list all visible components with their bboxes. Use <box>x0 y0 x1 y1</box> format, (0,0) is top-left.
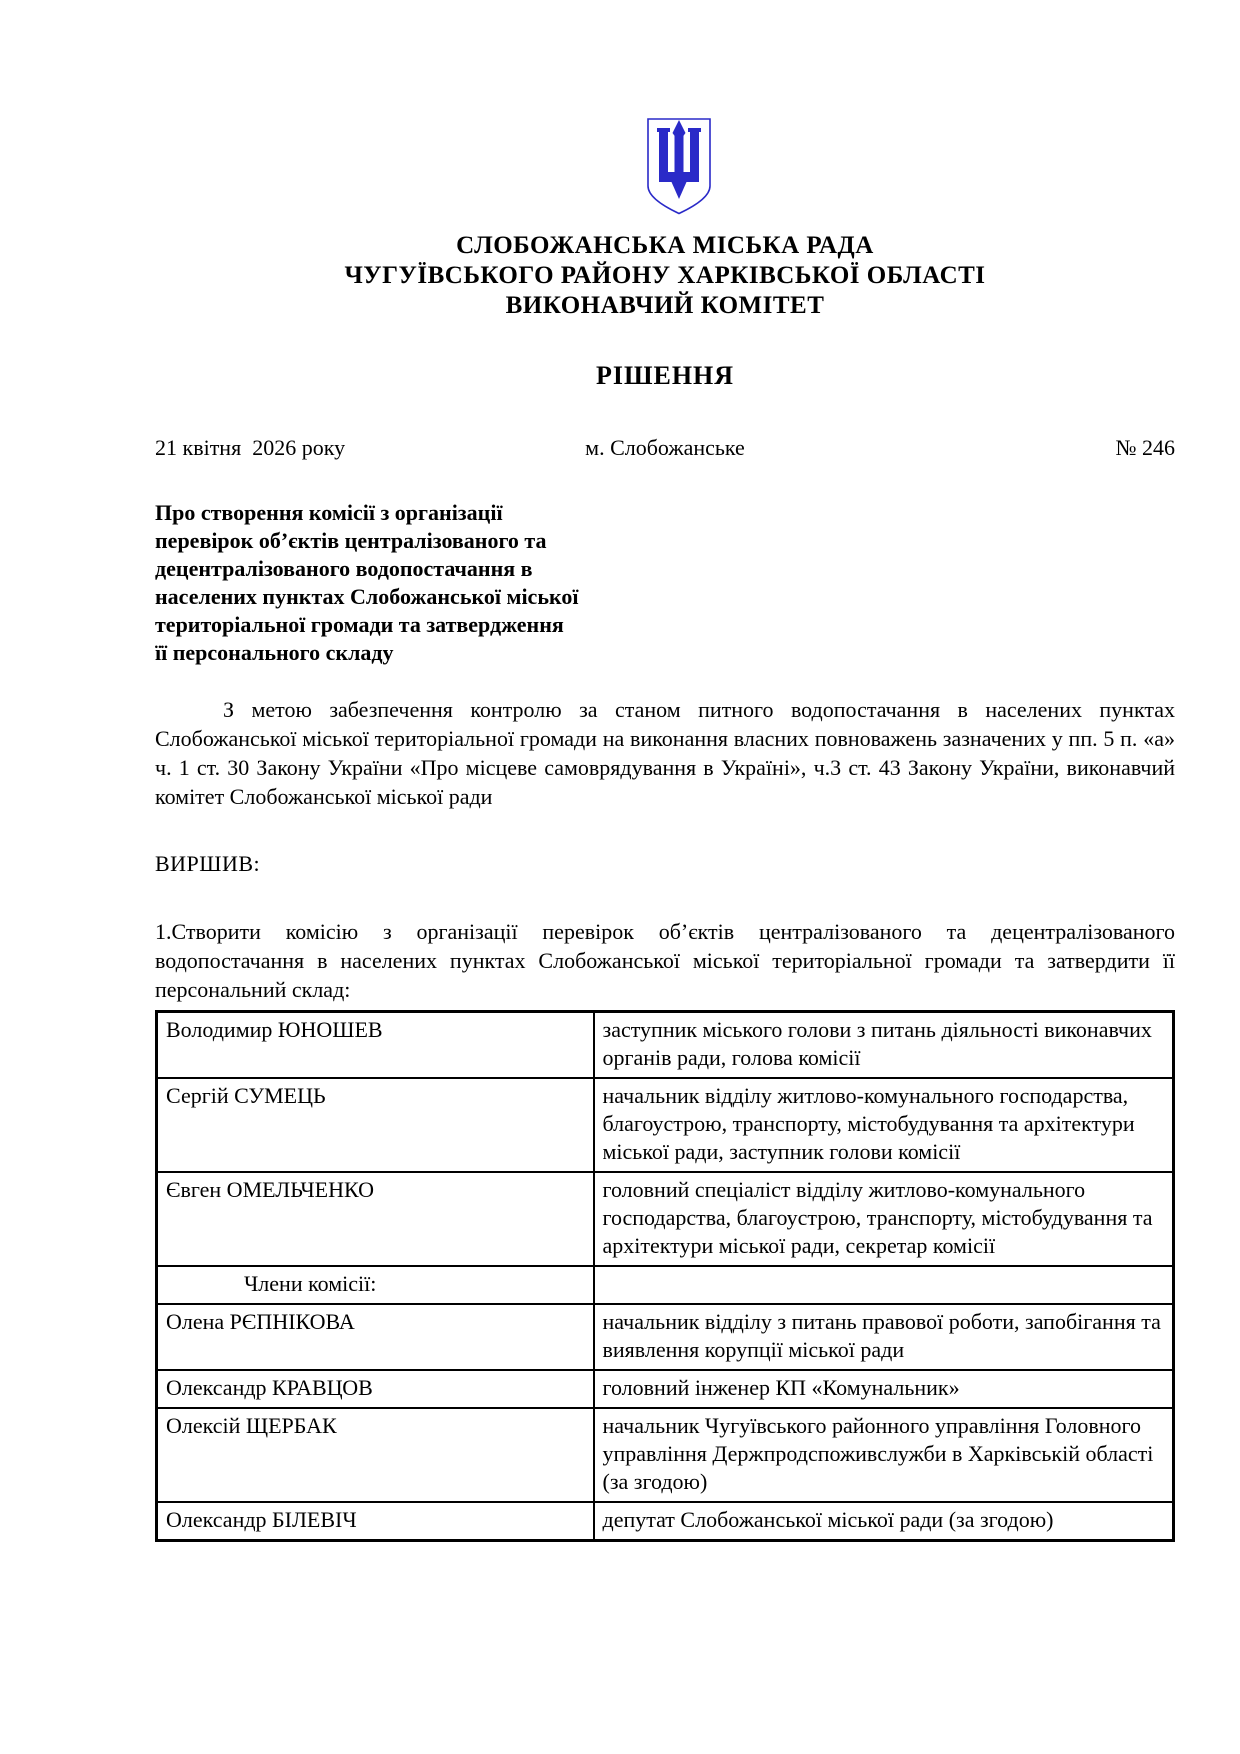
document-place: м. Слобожанське <box>495 435 835 461</box>
commission-table: Володимир ЮНОШЕВ заступник міського голо… <box>155 1010 1175 1542</box>
item-1-paragraph: 1.Створити комісію з організації перевір… <box>155 917 1175 1004</box>
table-row: Володимир ЮНОШЕВ заступник міського голо… <box>157 1012 1174 1079</box>
member-role-cell: начальник відділу житлово-комунального г… <box>594 1078 1174 1172</box>
member-role-cell: депутат Слобожанської міської ради (за з… <box>594 1502 1174 1541</box>
member-name-cell: Олексій ЩЕРБАК <box>157 1408 594 1502</box>
org-name-line-3: ВИКОНАВЧИЙ КОМІТЕТ <box>155 291 1175 321</box>
meta-row: 21 квітня 2026 року м. Слобожанське № 24… <box>155 435 1175 461</box>
table-row: Сергій СУМЕЦЬ начальник відділу житлово-… <box>157 1078 1174 1172</box>
preamble-paragraph: З метою забезпечення контролю за станом … <box>155 695 1175 811</box>
table-row: Олександр КРАВЦОВ головний інженер КП «К… <box>157 1370 1174 1408</box>
subject-line: територіальної громади та затвердження <box>155 611 1175 639</box>
state-emblem <box>155 0 1175 221</box>
section-label-cell: Члени комісії: <box>157 1266 594 1304</box>
member-name-cell: Олена РЄПНІКОВА <box>157 1304 594 1370</box>
org-header: СЛОБОЖАНСЬКА МІСЬКА РАДА ЧУГУЇВСЬКОГО РА… <box>155 231 1175 321</box>
member-role-cell: начальник відділу з питань правової робо… <box>594 1304 1174 1370</box>
table-row: Олексій ЩЕРБАК начальник Чугуївського ра… <box>157 1408 1174 1502</box>
table-section-row: Члени комісії: <box>157 1266 1174 1304</box>
table-row: Євген ОМЕЛЬЧЕНКО головний спеціаліст від… <box>157 1172 1174 1266</box>
subject-block: Про створення комісії з організації пере… <box>155 499 1175 667</box>
member-role-cell: головний інженер КП «Комунальник» <box>594 1370 1174 1408</box>
table-row: Олена РЄПНІКОВА начальник відділу з пита… <box>157 1304 1174 1370</box>
member-role-cell: начальник Чугуївського районного управлі… <box>594 1408 1174 1502</box>
org-name-line-1: СЛОБОЖАНСЬКА МІСЬКА РАДА <box>155 231 1175 261</box>
document-type-title: РІШЕННЯ <box>155 361 1175 391</box>
table-row: Олександр БІЛЕВІЧ депутат Слобожанської … <box>157 1502 1174 1541</box>
subject-line: населених пунктах Слобожанської міської <box>155 583 1175 611</box>
member-role-cell: заступник міського голови з питань діяль… <box>594 1012 1174 1079</box>
subject-line: Про створення комісії з організації <box>155 499 1175 527</box>
subject-line: її персонального складу <box>155 639 1175 667</box>
subject-line: децентралізованого водопостачання в <box>155 555 1175 583</box>
empty-cell <box>594 1266 1174 1304</box>
org-name-line-2: ЧУГУЇВСЬКОГО РАЙОНУ ХАРКІВСЬКОЇ ОБЛАСТІ <box>155 261 1175 291</box>
member-role-cell: головний спеціаліст відділу житлово-кому… <box>594 1172 1174 1266</box>
resolved-label: ВИРШИВ: <box>155 851 1175 877</box>
document-number: № 246 <box>835 435 1175 461</box>
document-date: 21 квітня 2026 року <box>155 435 495 461</box>
document-page: СЛОБОЖАНСЬКА МІСЬКА РАДА ЧУГУЇВСЬКОГО РА… <box>0 0 1240 1754</box>
member-name-cell: Сергій СУМЕЦЬ <box>157 1078 594 1172</box>
member-name-cell: Володимир ЮНОШЕВ <box>157 1012 594 1079</box>
tryzub-trident-icon <box>644 116 714 216</box>
member-name-cell: Олександр КРАВЦОВ <box>157 1370 594 1408</box>
member-name-cell: Євген ОМЕЛЬЧЕНКО <box>157 1172 594 1266</box>
member-name-cell: Олександр БІЛЕВІЧ <box>157 1502 594 1541</box>
subject-line: перевірок об’єктів централізованого та <box>155 527 1175 555</box>
